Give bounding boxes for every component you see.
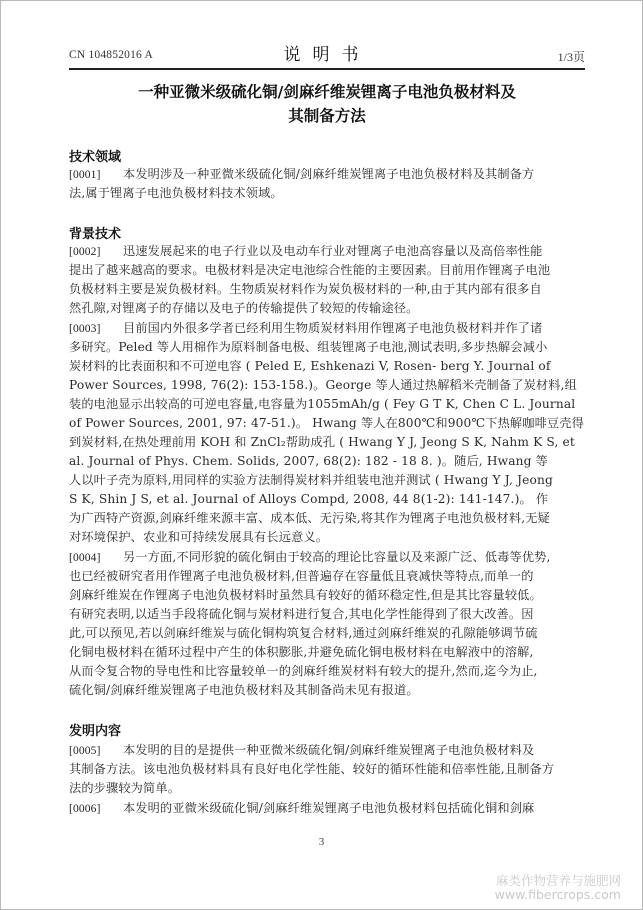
paragraph-0003-line: 装的电池显示出较高的可逆电容量,电容量为1055mAh/g ( Fey G T …: [69, 396, 589, 412]
header-rule: [69, 68, 585, 70]
paragraph-0003-line: 为广西特产资源,剑麻纤维来源丰富、成本低、无污染,将其作为锂离子电池负极材料,无…: [69, 510, 589, 526]
paragraph-0003-line: S K, Shin J S, et al. Journal of Alloys …: [69, 491, 589, 507]
paragraph-0003-line: Power Sources, 1998, 76(2): 153-158.)。Ge…: [69, 377, 589, 393]
paragraph-0004-line: 此,可以预见,若以剑麻纤维炭与硫化铜构筑复合材料,通过剑麻纤维炭的孔隙能够调节硫: [69, 625, 589, 641]
paragraph-0003-line: [0003]目前国内外很多学者已经利用生物质炭材料用作锂离子电池负极材料并作了诸: [69, 320, 589, 337]
paragraph-number: [0001]: [69, 167, 123, 183]
paragraph-0006-line: [0006]本发明的亚微米级硫化铜/剑麻纤维炭锂离子电池负极材料包括硫化铜和剑麻: [69, 800, 589, 817]
paragraph-number: [0005]: [69, 743, 123, 759]
paragraph-0002-line: [0002]迅速发展起来的电子行业以及电动车行业对锂离子电池高容量以及高倍率性能: [69, 243, 589, 260]
paragraph-0004-line: [0004]另一方面,不同形貌的硫化铜由于较高的理论比容量以及来源广泛、低毒等优…: [69, 549, 589, 566]
paragraph-number: [0004]: [69, 550, 123, 566]
paragraph-0004-line: 有研究表明,以适当手段将硫化铜与炭材料进行复合,其电化学性能得到了很大改善。因: [69, 606, 589, 622]
paragraph-0005-line: [0005]本发明的目的是提供一种亚微米级硫化铜/剑麻纤维炭锂离子电池负极材料及: [69, 742, 589, 759]
watermark: 麻类作物营养与施肥网 www.fibercrops.com: [495, 874, 621, 902]
watermark-url: www.fibercrops.com: [495, 888, 621, 902]
doc-type-title: 说明书: [69, 40, 585, 65]
page-indicator: 1/3页: [558, 48, 585, 65]
document-title-line1: 一种亚微米级硫化铜/剑麻纤维炭锂离子电池负极材料及: [69, 80, 585, 104]
paragraph-0004-line: 硫化铜/剑麻纤维炭锂离子电池负极材料及其制备尚未见有报道。: [69, 682, 589, 698]
paragraph-0004-line: 剑麻纤维炭在作锂离子电池负极材料时虽然具有较好的循环稳定性,但是其比容量较低。: [69, 587, 589, 603]
paragraph-number: [0002]: [69, 244, 123, 260]
paragraph-0004-line: 从而令复合物的导电性和比容量较单一的剑麻纤维炭材料有较大的提升,然而,迄今为止,: [69, 663, 589, 679]
paragraph-0003-line: of Power Sources, 2001, 97: 47-51.)。 Hwa…: [69, 415, 589, 431]
paragraph-0001-line: [0001]本发明涉及一种亚微米级硫化铜/剑麻纤维炭锂离子电池负极材料及其制备方: [69, 166, 589, 183]
paragraph-number: [0003]: [69, 321, 123, 337]
paragraph-0003-line: 多研究。Peled 等人用棉作为原料制备电极、组装锂离子电池,测试表明,多步热解…: [69, 339, 589, 355]
paragraph-0004-line: 也已经被研究者用作锂离子电池负极材料,但普遍存在容量低且衰减快等特点,而单一的: [69, 568, 589, 584]
paragraph-0002-line: 然孔隙,对锂离子的存储以及电子的传输提供了较短的传输途径。: [69, 300, 589, 316]
paragraph-0003-line: al. Journal of Phys. Chem. Solids, 2007,…: [69, 453, 589, 469]
paragraph-0003-line: 对环境保护、农业和可持续发展具有长远意义。: [69, 529, 589, 545]
page-number: 3: [0, 836, 643, 848]
watermark-site-name: 麻类作物营养与施肥网: [495, 874, 621, 888]
paragraph-0002-line: 提出了越来越高的要求。电极材料是决定电池综合性能的主要因素。目前用作锂离子电池: [69, 262, 589, 278]
paragraph-0002-line: 负极材料主要是炭负极材料。生物质炭材料作为炭负极材料的一种,由于其内部有很多自: [69, 281, 589, 297]
paragraph-0001-line: 法,属于锂离子电池负极材料技术领域。: [69, 185, 589, 201]
document-title-line2: 其制备方法: [69, 104, 585, 128]
paragraph-0003-line: 炭材料的比表面积和不可逆电容 ( Peled E, Eshkenazi V, R…: [69, 358, 589, 374]
document-header: CN 104852016 A 说明书 1/3页: [69, 36, 585, 72]
paragraph-0003-line: 到炭材料,在热处理前用 KOH 和 ZnCl₂帮助成孔 ( Hwang Y J,…: [69, 434, 589, 450]
section-heading-background: 背景技术: [69, 223, 121, 242]
paragraph-0005-line: 其制备方法。该电池负极材料具有良好电化学性能、较好的循环性能和倍率性能,且制备方: [69, 761, 589, 777]
paragraph-0005-line: 法的步骤较为简单。: [69, 780, 589, 796]
paragraph-number: [0006]: [69, 801, 123, 817]
paragraph-0004-line: 化铜电极材料在循环过程中产生的体积膨胀,并避免硫化铜电极材料在电解液中的溶解,: [69, 644, 589, 660]
section-heading-invention-content: 发明内容: [69, 720, 121, 739]
paragraph-0003-line: 人以叶子壳为原料,用同样的实验方法制得炭材料并组装电池并测试 ( Hwang Y…: [69, 472, 589, 488]
section-heading-technical-field: 技术领域: [69, 146, 121, 165]
